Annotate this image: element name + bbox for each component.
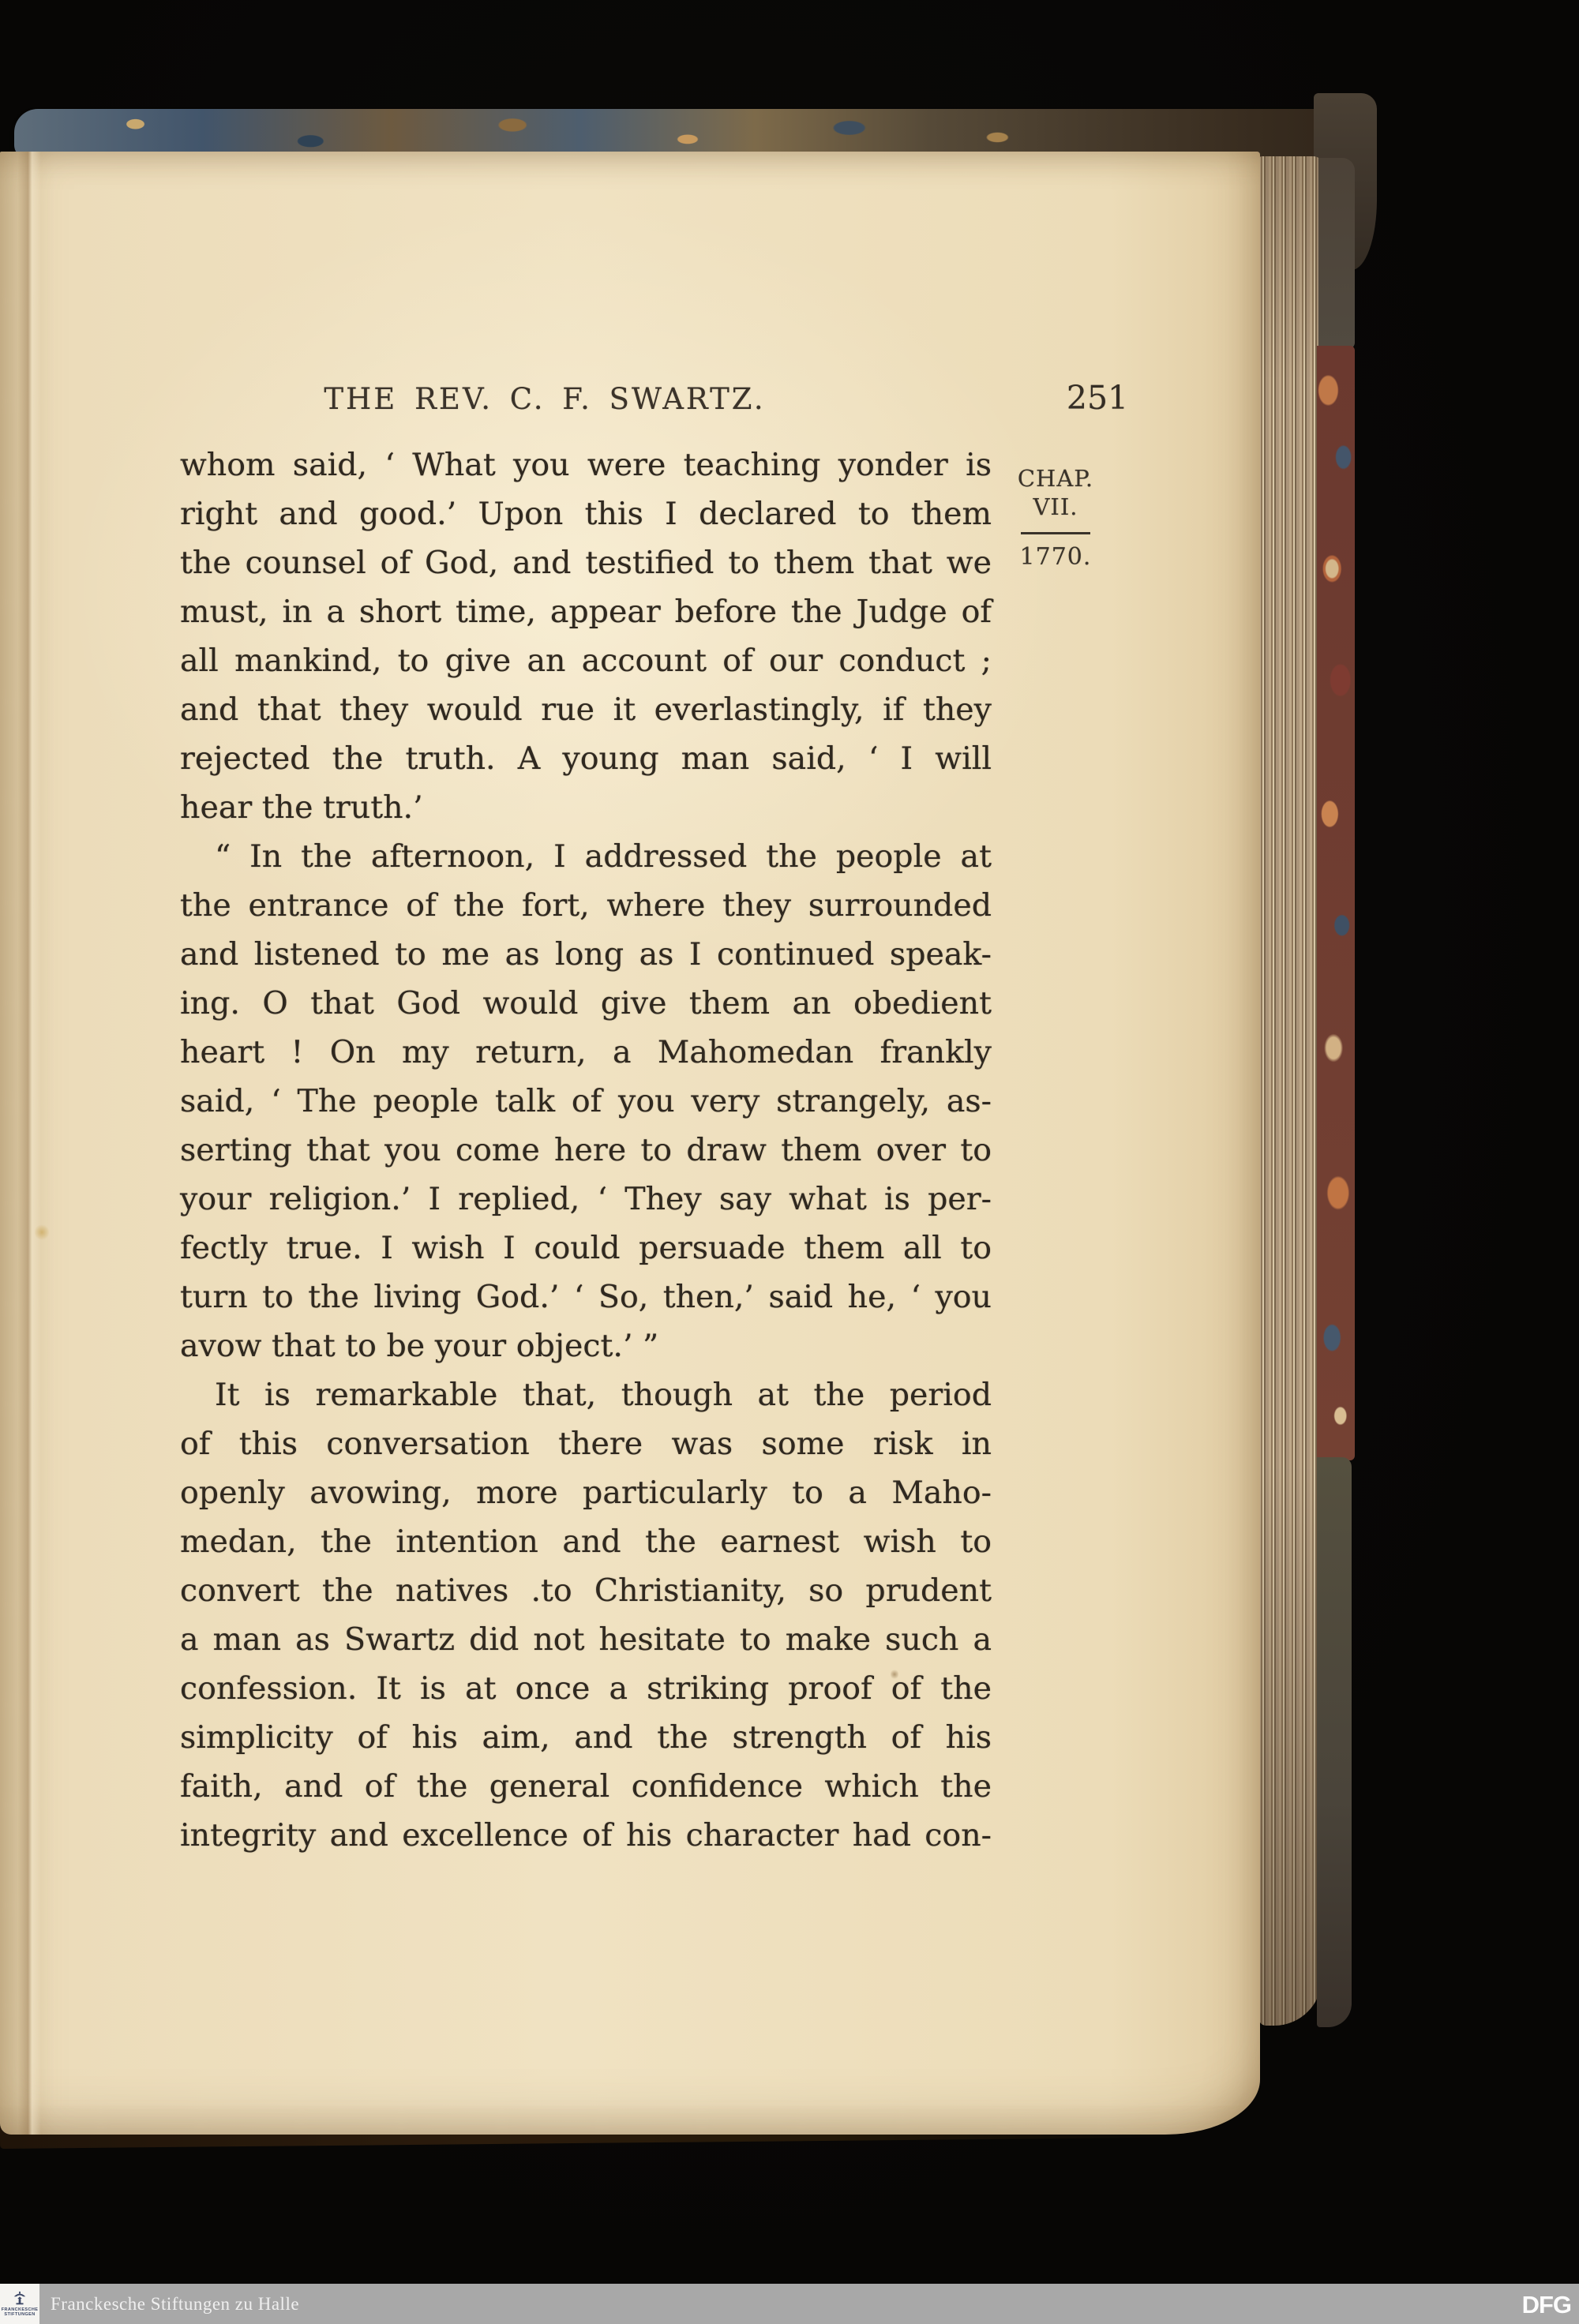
page-gutter-crease	[17, 152, 41, 2135]
body-line: rejected the truth. A young man said, ‘ …	[180, 734, 992, 783]
running-header: THE REV. C. F. SWARTZ.	[268, 382, 821, 416]
body-line: all mankind, to give an account of our c…	[180, 636, 992, 685]
body-line: medan, the intention and the earnest wis…	[180, 1517, 992, 1566]
body-line: heart ! On my return, a Mahomedan frankl…	[180, 1028, 992, 1077]
chapter-margin-note: CHAP. VII. 1770.	[1000, 464, 1111, 572]
cover-edge-upper	[1318, 158, 1355, 349]
body-line: fectly true. I wish I could persuade the…	[180, 1224, 992, 1273]
body-line: serting that you come here to draw them …	[180, 1126, 992, 1175]
logo-text-line2: STIFTUNGEN	[2, 2312, 39, 2318]
body-line: It is remarkable that, though at the per…	[180, 1370, 992, 1419]
body-line: of this conversation there was some risk…	[180, 1419, 992, 1468]
cover-edge-lower	[1317, 1457, 1352, 2027]
fore-edge-marbled-paper	[1317, 346, 1355, 1460]
institution-name: Franckesche Stiftungen zu Halle	[51, 2284, 299, 2324]
body-line: simplicity of his aim, and the strength …	[180, 1713, 992, 1762]
body-line: ing. O that God would give them an obedi…	[180, 979, 992, 1028]
body-line: “ In the afternoon, I addressed the peop…	[180, 832, 992, 881]
body-line: hear the truth.’	[180, 783, 992, 832]
franckesche-stiftungen-logo: FRANCKESCHE STIFTUNGEN	[0, 2284, 39, 2324]
body-line: the counsel of God, and testified to the…	[180, 538, 992, 587]
body-line: integrity and excellence of his characte…	[180, 1811, 992, 1860]
body-line: openly avowing, more particularly to a M…	[180, 1468, 992, 1517]
body-line: and that they would rue it everlastingly…	[180, 685, 992, 734]
chapter-numeral: VII.	[1000, 493, 1111, 521]
body-line: convert the natives .to Christianity, so…	[180, 1566, 992, 1615]
body-line: avow that to be your object.’ ”	[180, 1321, 992, 1370]
margin-rule	[1021, 532, 1090, 534]
page-stack-fore-edge	[1258, 156, 1322, 2026]
body-line: turn to the living God.’ ‘ So, then,’ sa…	[180, 1273, 992, 1321]
chapter-label: CHAP.	[1000, 464, 1111, 493]
digitization-footer-bar: FRANCKESCHE STIFTUNGEN Franckesche Stift…	[0, 2284, 1579, 2324]
page-body-text: whom said, ‘ What you were teaching yond…	[180, 440, 992, 1860]
body-line: and listened to me as long as I continue…	[180, 930, 992, 979]
book-page: THE REV. C. F. SWARTZ. 251 CHAP. VII. 17…	[0, 152, 1260, 2135]
foxing-spot	[35, 1224, 49, 1241]
franckesche-emblem-icon	[11, 2291, 28, 2307]
page-number: 251	[1050, 379, 1145, 417]
body-line: faith, and of the general confidence whi…	[180, 1762, 992, 1811]
body-line: said, ‘ The people talk of you very stra…	[180, 1077, 992, 1126]
body-line: whom said, ‘ What you were teaching yond…	[180, 440, 992, 489]
year-label: 1770.	[1000, 543, 1111, 572]
body-line: your religion.’ I replied, ‘ They say wh…	[180, 1175, 992, 1224]
body-line: right and good.’ Upon this I declared to…	[180, 489, 992, 538]
scan-viewport: THE REV. C. F. SWARTZ. 251 CHAP. VII. 17…	[0, 0, 1579, 2324]
body-line: the entrance of the fort, where they sur…	[180, 881, 992, 930]
body-line: a man as Swartz did not hesitate to make…	[180, 1615, 992, 1664]
body-line: confession. It is at once a striking pro…	[180, 1664, 992, 1713]
book-top-edge-marbling	[14, 109, 1361, 156]
dfg-logo: DFG	[1522, 2284, 1571, 2324]
body-line: must, in a short time, appear before the…	[180, 587, 992, 636]
